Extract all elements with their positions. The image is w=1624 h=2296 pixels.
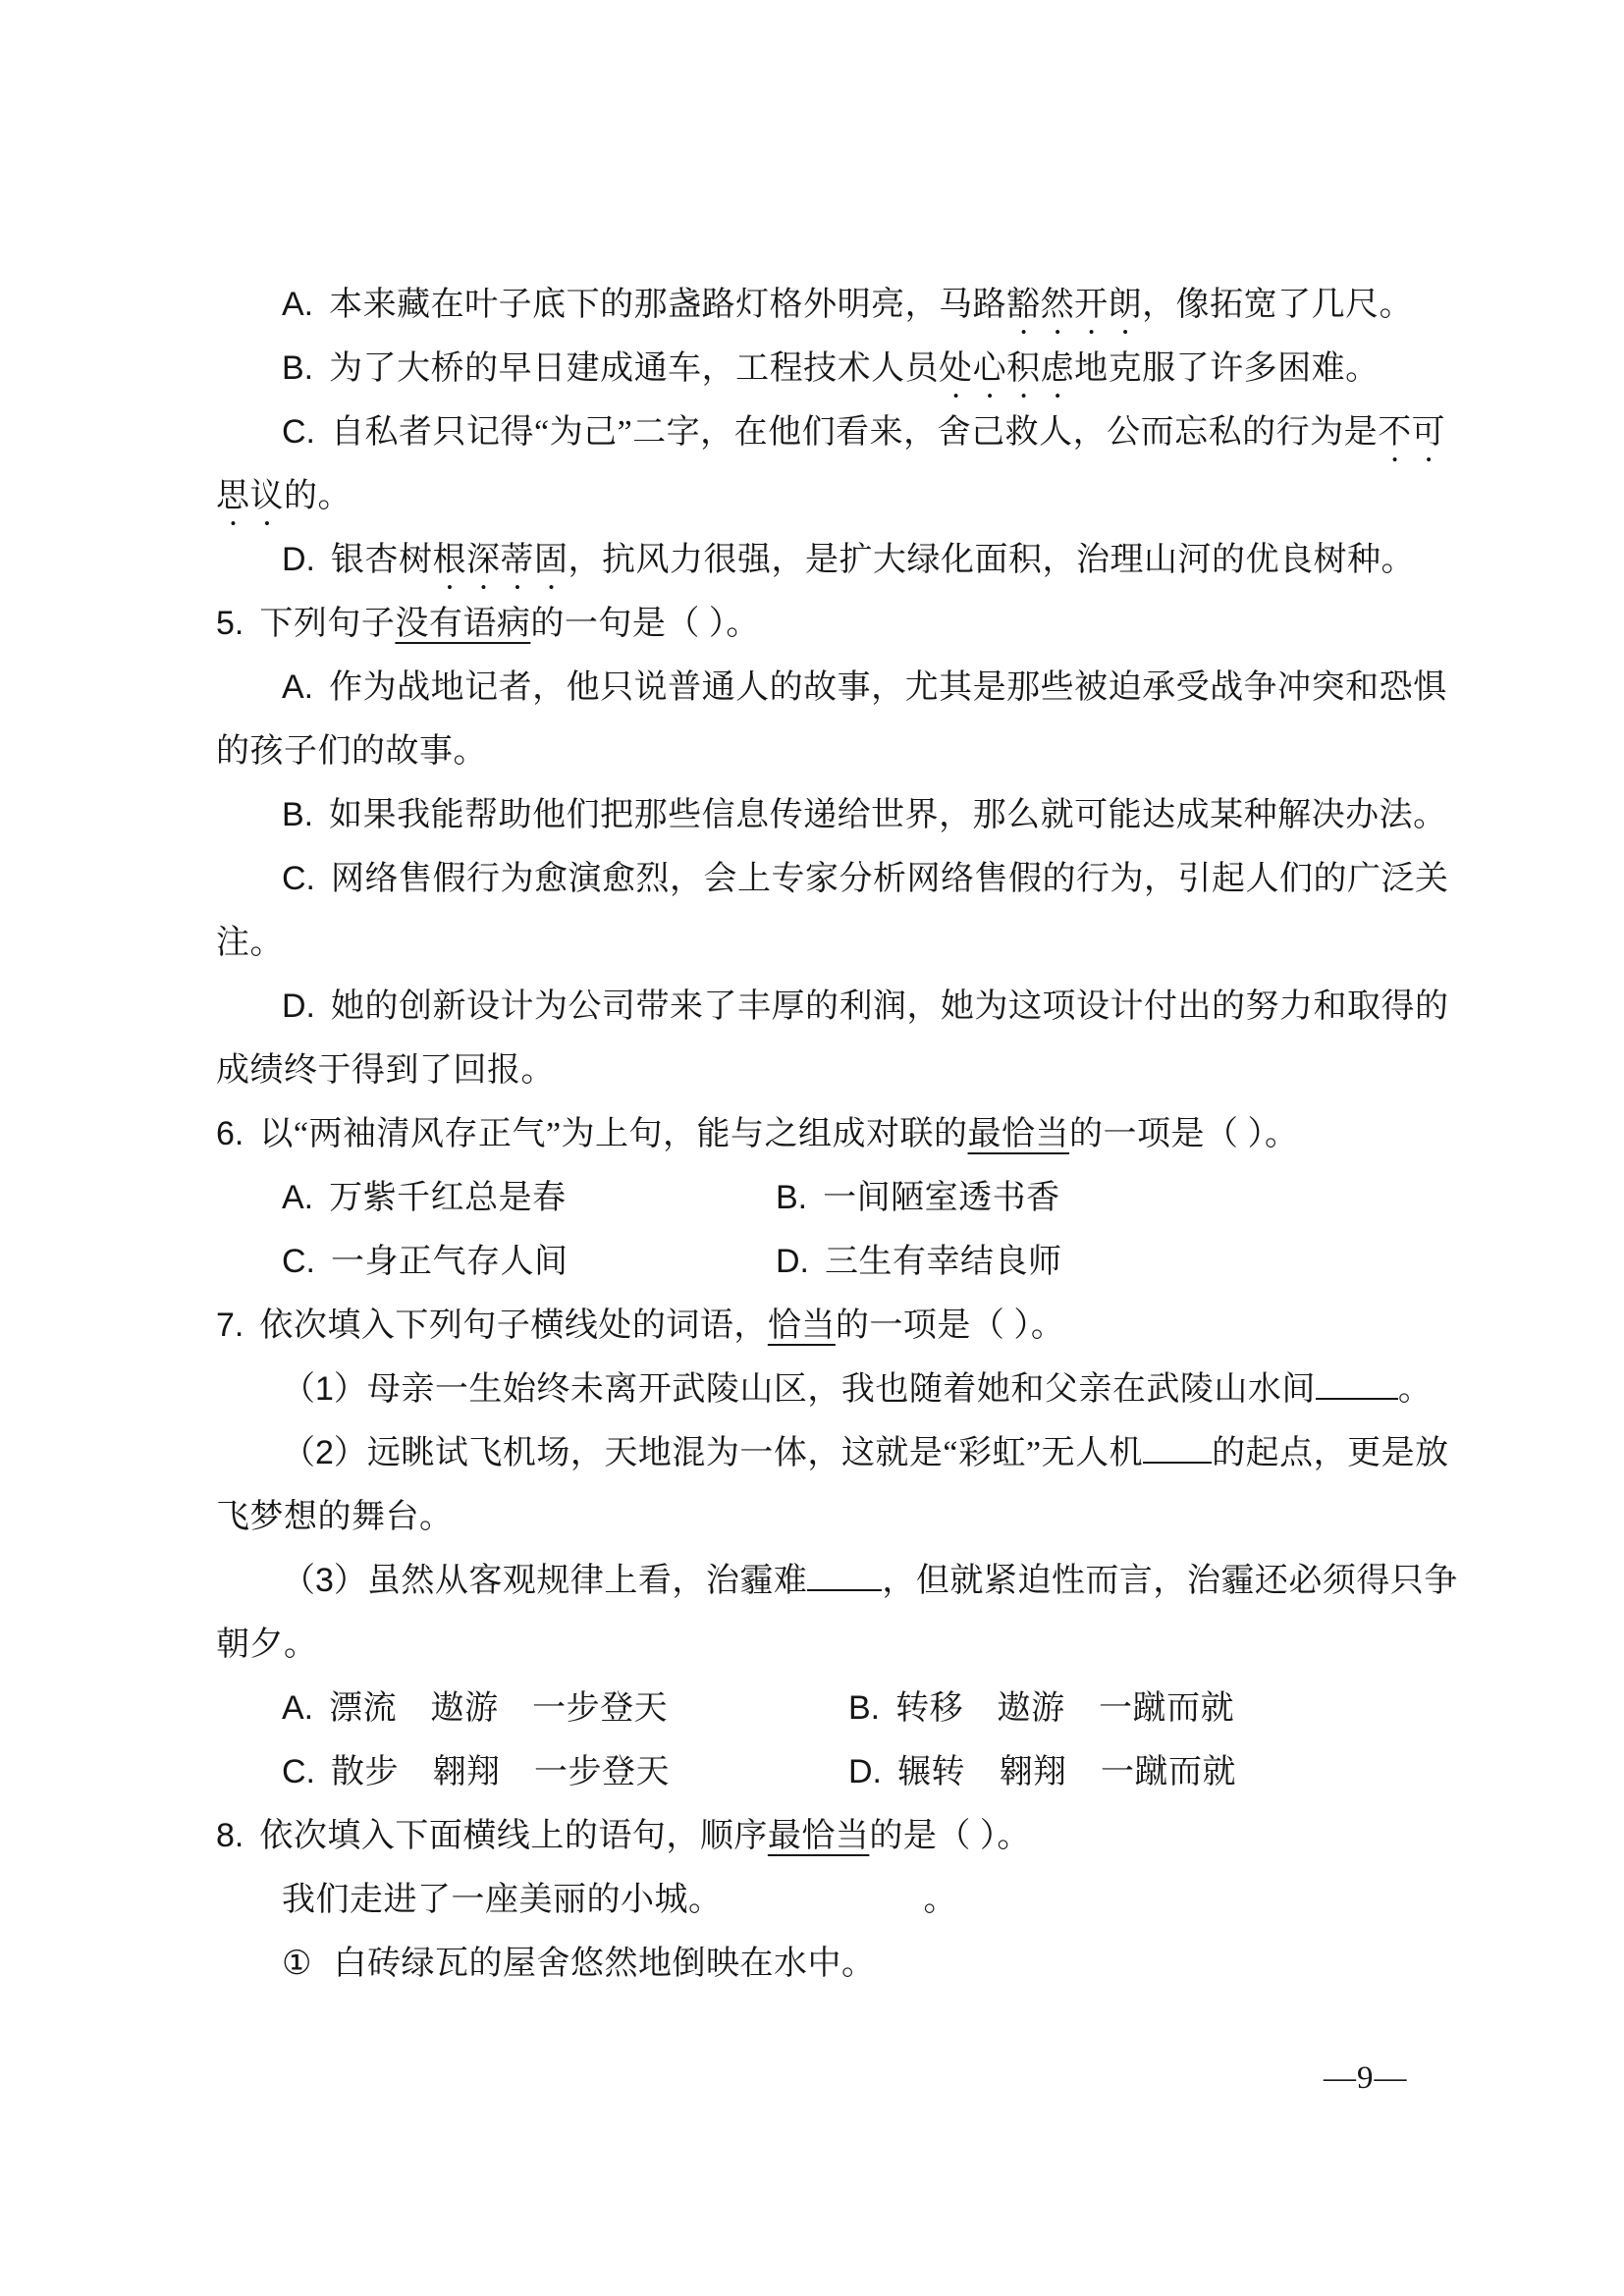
question-number: 8. <box>216 1817 244 1854</box>
question-number: 7. <box>216 1307 244 1344</box>
stem-text: 的一项是（ ）。 <box>1069 1116 1299 1152</box>
question-5-option-b: B.如果我能帮助他们把那些信息传递给世界，那么就可能达成某种解决办法。 <box>216 783 1489 847</box>
option-text: 成绩终于得到了回报。 <box>216 1052 555 1089</box>
option-text: 三生有幸结良师 <box>825 1244 1062 1280</box>
question-7-item-3-wrap: 朝夕。 <box>216 1613 1489 1677</box>
question-5-stem: 5.下列句子没有语病的一句是（ ）。 <box>216 592 1489 656</box>
item-number: （2） <box>282 1434 367 1471</box>
option-letter: A. <box>282 286 313 323</box>
option-text: 的。 <box>284 478 352 514</box>
stem-text: 的是（ ）。 <box>869 1818 1031 1854</box>
question-7-item-2: （2）远眺试飞机场，天地混为一体，这就是“彩虹”无人机的起点，更是放 <box>216 1421 1489 1485</box>
stem-text: 下列句子 <box>259 606 395 642</box>
question-number: 5. <box>216 605 244 642</box>
option-text: 一间陋室透书香 <box>823 1180 1060 1216</box>
question-number: 6. <box>216 1115 244 1152</box>
question-7-options-row-1: A.漂流 遨游 一步登天 B.转移 遨游 一蹴而就 <box>216 1677 1489 1740</box>
question-5-option-d: D.她的创新设计为公司带来了丰厚的利润，她为这项设计付出的努力和取得的 <box>216 975 1489 1039</box>
question-5-option-a-wrap: 的孩子们的故事。 <box>216 720 1489 783</box>
question-6-option-c: C.一身正气存人间 <box>282 1244 568 1280</box>
option-letter: B. <box>282 349 313 387</box>
answer-blank <box>1143 1425 1212 1464</box>
option-text: 作为战地记者，他只说普通人的故事，尤其是那些被迫承受战争冲突和恐惧 <box>329 669 1447 706</box>
option-text: 的孩子们的故事。 <box>216 733 487 770</box>
item-text: 飞梦想的舞台。 <box>216 1499 454 1535</box>
question-5-option-c-wrap: 注。 <box>216 911 1489 975</box>
exam-paper-page: A.本来藏在叶子底下的那盏路灯格外明亮，马路豁然开朗，像拓宽了几尺。 B.为了大… <box>0 0 1624 2296</box>
question-7-item-1: （1）母亲一生始终未离开武陵山区，我也随着她和父亲在武陵山水间。 <box>216 1358 1489 1421</box>
question-7-option-b: B.转移 遨游 一蹴而就 <box>848 1677 1234 1740</box>
prev-question-option-c: C.自私者只记得“为己”二字，在他们看来，舍己救人，公而忘私的行为是不可 <box>216 400 1489 464</box>
stem-text: 依次填入下面横线上的语句，顺序 <box>259 1818 768 1854</box>
question-7-option-c: C.散步 翱翔 一步登天 <box>282 1754 670 1790</box>
question-7-option-d: D.辗转 翱翔 一蹴而就 <box>848 1740 1236 1804</box>
question-5-option-d-wrap: 成绩终于得到了回报。 <box>216 1039 1489 1102</box>
question-7-options-row-2: C.散步 翱翔 一步登天 D.辗转 翱翔 一蹴而就 <box>216 1740 1489 1804</box>
option-text: ，抗风力很强，是扩大绿化面积，治理山河的优良树种。 <box>568 542 1416 578</box>
option-text: 为了大桥的早日建成通车，工程技术人员 <box>329 350 939 387</box>
option-letter: A. <box>282 1689 313 1727</box>
option-text: 注。 <box>216 925 284 961</box>
stem-text: 的一句是（ ）。 <box>530 606 760 642</box>
option-text: 她的创新设计为公司带来了丰厚的利润，她为这项设计付出的努力和取得的 <box>331 988 1449 1025</box>
option-letter: C. <box>282 860 315 897</box>
option-text: 如果我能帮助他们把那些信息传递给世界，那么就可能达成某种解决办法。 <box>329 797 1447 833</box>
question-6-option-d: D.三生有幸结良师 <box>776 1230 1062 1294</box>
question-8-intro: 我们走进了一座美丽的小城。。 <box>216 1868 1489 1932</box>
item-text: 母亲一生始终未离开武陵山区，我也随着她和父亲在武陵山水间 <box>367 1371 1316 1408</box>
option-letter: C. <box>282 1243 315 1280</box>
item-text: 远眺试飞机场，天地混为一体，这就是“彩虹”无人机 <box>367 1435 1143 1471</box>
option-letter: B. <box>848 1689 880 1727</box>
underlined-keyword: 最恰当 <box>968 1116 1070 1152</box>
option-letter: D. <box>776 1243 809 1280</box>
question-8-sentence-1: ①白砖绿瓦的屋舍悠然地倒映在水中。 <box>216 1932 1489 1996</box>
option-text: ，像拓宽了几尺。 <box>1142 287 1413 323</box>
intro-text: 我们走进了一座美丽的小城。 <box>282 1882 723 1918</box>
underlined-keyword: 最恰当 <box>768 1818 870 1854</box>
question-6-options-row-2: C.一身正气存人间 D.三生有幸结良师 <box>216 1230 1489 1294</box>
option-text: 网络售假行为愈演愈烈，会上专家分析网络售假的行为，引起人们的广泛关 <box>331 861 1449 897</box>
emphasized-idiom: 豁然开朗 <box>1006 287 1142 323</box>
page-number: —9— <box>1324 2049 1408 2108</box>
option-text: 散步 翱翔 一步登天 <box>331 1754 670 1790</box>
item-number: （3） <box>282 1562 367 1599</box>
option-letter: D. <box>848 1753 882 1790</box>
item-text: 朝夕。 <box>216 1627 318 1663</box>
question-6-option-b: B.一间陋室透书香 <box>776 1166 1060 1230</box>
answer-blank <box>807 1553 882 1591</box>
emphasized-idiom: 思议 <box>216 478 284 514</box>
underlined-keyword: 没有语病 <box>395 606 530 642</box>
prev-question-option-b: B.为了大桥的早日建成通车，工程技术人员处心积虑地克服了许多困难。 <box>216 337 1489 400</box>
option-text: 自私者只记得“为己”二字，在他们看来，舍己救人，公而忘私的行为是 <box>331 414 1378 451</box>
question-7-item-3: （3）虽然从客观规律上看，治霾难，但就紧迫性而言，治霾还必须得只争 <box>216 1549 1489 1613</box>
closing-period: 。 <box>924 1882 958 1918</box>
option-text: 辗转 翱翔 一蹴而就 <box>897 1754 1236 1790</box>
option-text: 银杏树 <box>331 542 433 578</box>
option-letter: A. <box>282 668 313 706</box>
option-letter: D. <box>282 988 315 1025</box>
prev-question-option-d: D.银杏树根深蒂固，抗风力很强，是扩大绿化面积，治理山河的优良树种。 <box>216 528 1489 592</box>
question-5-option-c: C.网络售假行为愈演愈烈，会上专家分析网络售假的行为，引起人们的广泛关 <box>216 847 1489 911</box>
page-content: A.本来藏在叶子底下的那盏路灯格外明亮，马路豁然开朗，像拓宽了几尺。 B.为了大… <box>216 273 1489 1996</box>
item-text: ，但就紧迫性而言，治霾还必须得只争 <box>882 1563 1458 1599</box>
sentence-text: 白砖绿瓦的屋舍悠然地倒映在水中。 <box>333 1946 875 1982</box>
answer-blank <box>1316 1362 1398 1400</box>
item-text: 的起点，更是放 <box>1212 1435 1449 1471</box>
item-text: 。 <box>1398 1371 1433 1408</box>
question-8-stem: 8.依次填入下面横线上的语句，顺序最恰当的是（ ）。 <box>216 1804 1489 1868</box>
option-letter: B. <box>776 1179 807 1216</box>
question-6-option-a: A.万紫千红总是春 <box>282 1180 567 1216</box>
option-letter: C. <box>282 1753 315 1790</box>
item-text: 虽然从客观规律上看，治霾难 <box>367 1563 808 1599</box>
option-letter: C. <box>282 413 315 451</box>
stem-text: 以“两袖清风存正气”为上句，能与之组成对联的 <box>259 1116 967 1152</box>
option-letter: A. <box>282 1179 313 1216</box>
option-text: 转移 遨游 一蹴而就 <box>895 1690 1234 1727</box>
option-text: 漂流 遨游 一步登天 <box>329 1690 668 1727</box>
option-text: 一身正气存人间 <box>331 1244 568 1280</box>
option-text: 万紫千红总是春 <box>329 1180 567 1216</box>
option-text: 本来藏在叶子底下的那盏路灯格外明亮，马路 <box>329 287 1006 323</box>
question-6-options-row-1: A.万紫千红总是春 B.一间陋室透书香 <box>216 1166 1489 1230</box>
prev-question-option-a: A.本来藏在叶子底下的那盏路灯格外明亮，马路豁然开朗，像拓宽了几尺。 <box>216 273 1489 337</box>
underlined-keyword: 恰当 <box>768 1308 836 1344</box>
emphasized-idiom: 根深蒂固 <box>433 542 568 578</box>
stem-text: 依次填入下列句子横线处的词语， <box>259 1308 768 1344</box>
emphasized-idiom: 不可 <box>1378 414 1445 451</box>
option-letter: B. <box>282 796 313 833</box>
emphasized-idiom: 处心积虑 <box>939 350 1074 387</box>
option-letter: D. <box>282 541 315 578</box>
question-5-option-a: A.作为战地记者，他只说普通人的故事，尤其是那些被迫承受战争冲突和恐惧 <box>216 656 1489 720</box>
question-7-stem: 7.依次填入下列句子横线处的词语，恰当的一项是（ ）。 <box>216 1294 1489 1358</box>
question-6-stem: 6.以“两袖清风存正气”为上句，能与之组成对联的最恰当的一项是（ ）。 <box>216 1102 1489 1166</box>
stem-text: 的一项是（ ）。 <box>836 1308 1065 1344</box>
question-7-item-2-wrap: 飞梦想的舞台。 <box>216 1485 1489 1549</box>
question-7-option-a: A.漂流 遨游 一步登天 <box>282 1690 668 1727</box>
option-text: 地克服了许多困难。 <box>1074 350 1380 387</box>
item-number: （1） <box>282 1370 367 1408</box>
prev-question-option-c-wrap: 思议的。 <box>216 464 1489 528</box>
circled-number-1: ① <box>282 1945 311 1982</box>
